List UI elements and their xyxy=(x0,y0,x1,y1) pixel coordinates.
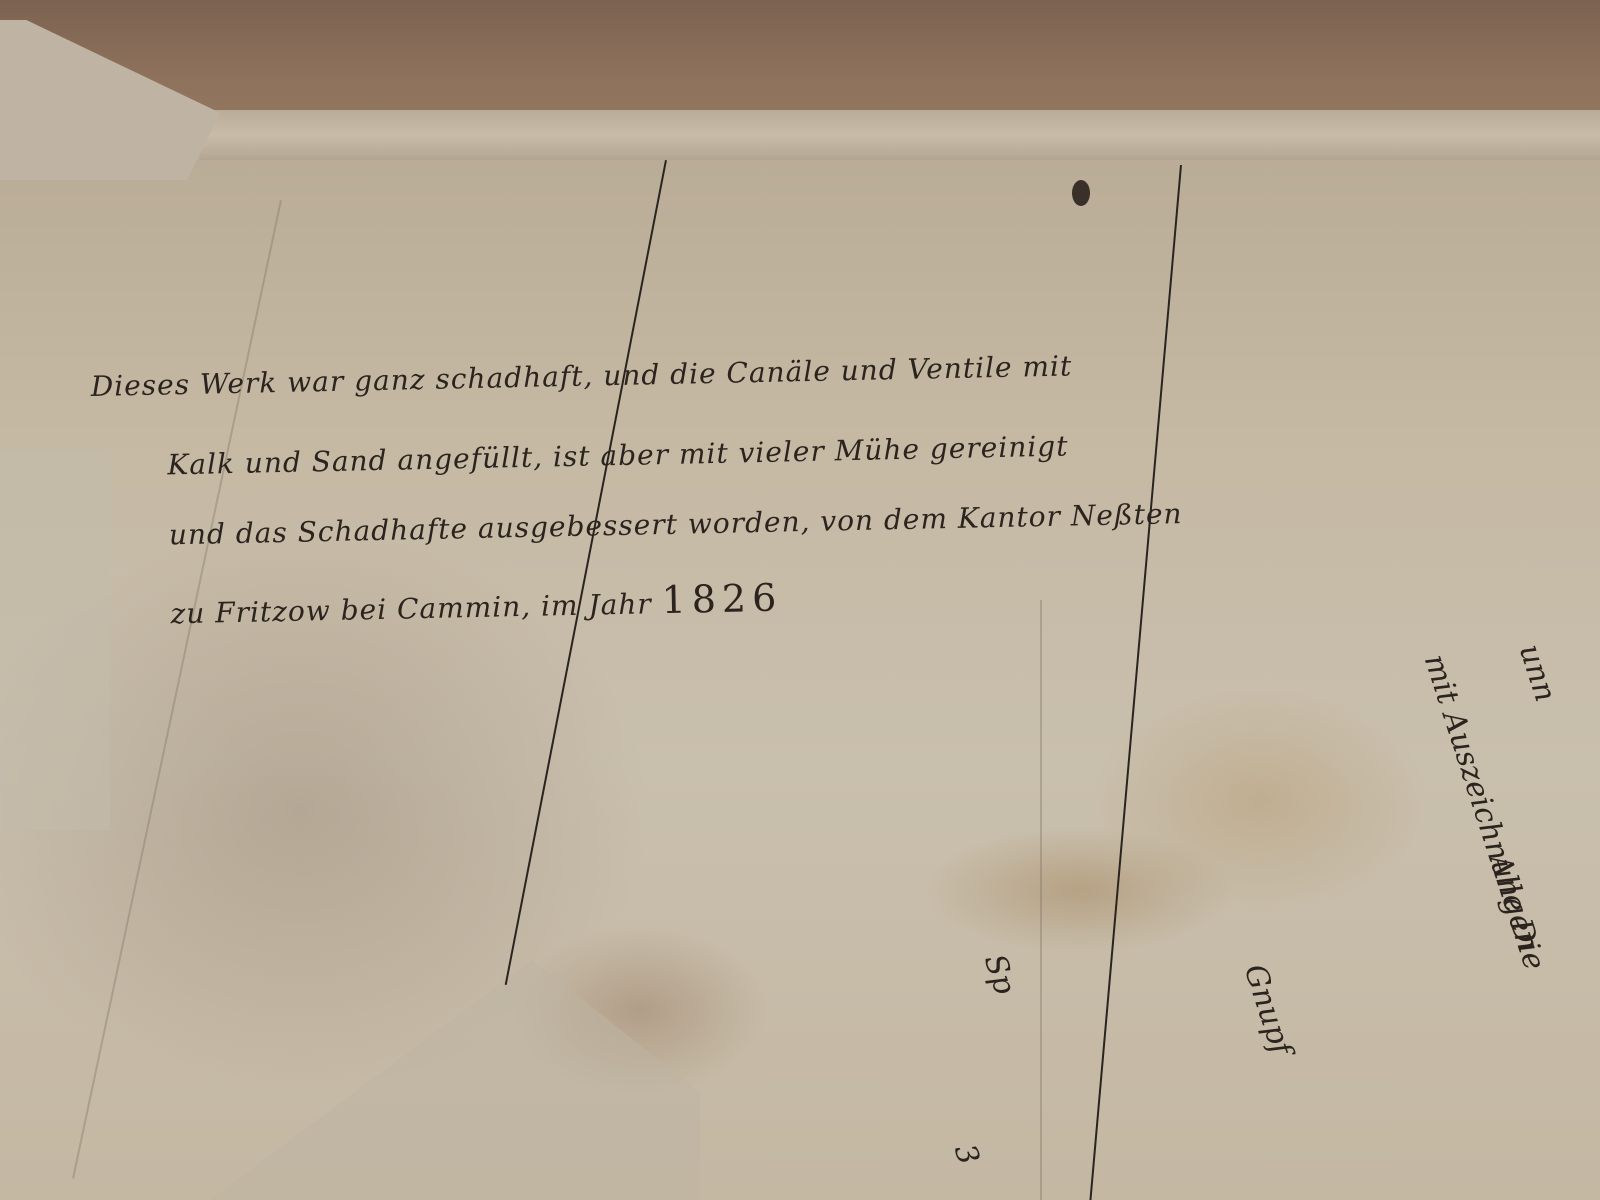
paper-fold-mid xyxy=(1040,600,1042,1200)
ink-blot xyxy=(1072,180,1090,206)
paper-top-edge xyxy=(200,110,1600,160)
rotated-side-fragment: unn Alle Die mit Auszeichnungen Gnupf Sp… xyxy=(1160,620,1580,1180)
side-line-1: unn xyxy=(1512,640,1563,706)
side-line-4: Gnupf xyxy=(1237,960,1299,1059)
underlying-sheet xyxy=(0,450,110,830)
manuscript-year: 1826 xyxy=(661,576,783,623)
wooden-surface xyxy=(0,0,1600,125)
